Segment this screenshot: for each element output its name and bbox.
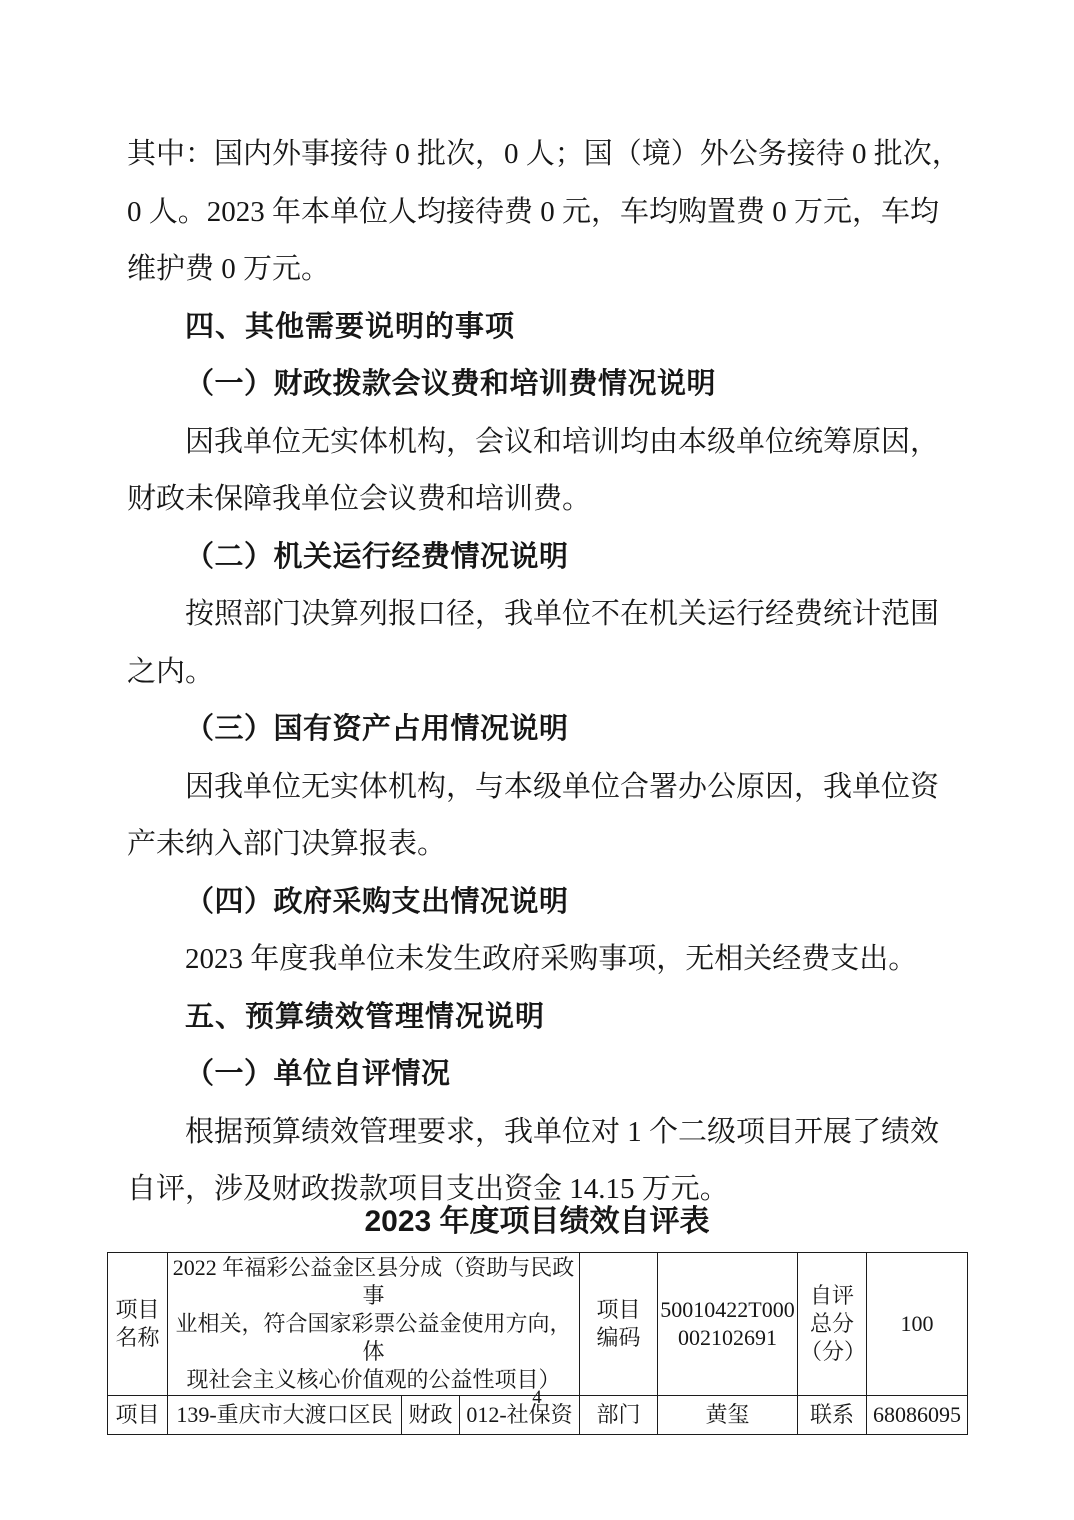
heading-4-1: （一）财政拨款会议费和培训费情况说明 (127, 356, 974, 414)
para-4-2-line-2: 之内。 (127, 644, 974, 702)
table-row: 项目 名称 2022 年福彩公益金区县分成（资助与民政事 业相关，符合国家彩票公… (108, 1253, 968, 1396)
document-body: 其中：国内外事接待 0 批次，0 人；国（境）外公务接待 0 批次， 0 人。2… (127, 126, 974, 1219)
para-4-3-line-2: 产未纳入部门决算报表。 (127, 816, 974, 874)
para-4-4-line-1: 2023 年度我单位未发生政府采购事项，无相关经费支出。 (127, 931, 974, 989)
project-name-value-cell: 2022 年福彩公益金区县分成（资助与民政事 业相关，符合国家彩票公益金使用方向… (168, 1253, 580, 1396)
heading-section-5: 五、预算绩效管理情况说明 (127, 989, 974, 1047)
para-5-1-line-1: 根据预算绩效管理要求，我单位对 1 个二级项目开展了绩效 (127, 1104, 974, 1162)
para-4-1-line-2: 财政未保障我单位会议费和培训费。 (127, 471, 974, 529)
heading-5-1: （一）单位自评情况 (127, 1046, 974, 1104)
project-code-label-cell: 项目 编码 (580, 1253, 658, 1396)
heading-4-3: （三）国有资产占用情况说明 (127, 701, 974, 759)
para-reception-stats-line-3: 维护费 0 万元。 (127, 241, 974, 299)
para-4-2-line-1: 按照部门决算列报口径，我单位不在机关运行经费统计范围 (127, 586, 974, 644)
project-code-value-cell: 50010422T000 002102691 (658, 1253, 798, 1396)
document-page: 其中：国内外事接待 0 批次，0 人；国（境）外公务接待 0 批次， 0 人。2… (0, 0, 1074, 1520)
heading-4-2: （二）机关运行经费情况说明 (127, 529, 974, 587)
heading-4-4: （四）政府采购支出情况说明 (127, 874, 974, 932)
self-score-label-cell: 自评 总分 （分） (798, 1253, 867, 1396)
para-4-3-line-1: 因我单位无实体机构，与本级单位合署办公原因，我单位资 (127, 759, 974, 817)
para-reception-stats-line-2: 0 人。2023 年本单位人均接待费 0 元，车均购置费 0 万元，车均 (127, 184, 974, 242)
project-name-label-cell: 项目 名称 (108, 1253, 168, 1396)
heading-section-4: 四、其他需要说明的事项 (127, 299, 974, 357)
self-score-value-cell: 100 (867, 1253, 968, 1396)
self-eval-table-title: 2023 年度项目绩效自评表 (0, 1199, 1074, 1245)
para-4-1-line-1: 因我单位无实体机构，会议和培训均由本级单位统筹原因， (127, 414, 974, 472)
page-number: 4 (0, 1387, 1074, 1409)
para-reception-stats-line-1: 其中：国内外事接待 0 批次，0 人；国（境）外公务接待 0 批次， (127, 126, 974, 184)
